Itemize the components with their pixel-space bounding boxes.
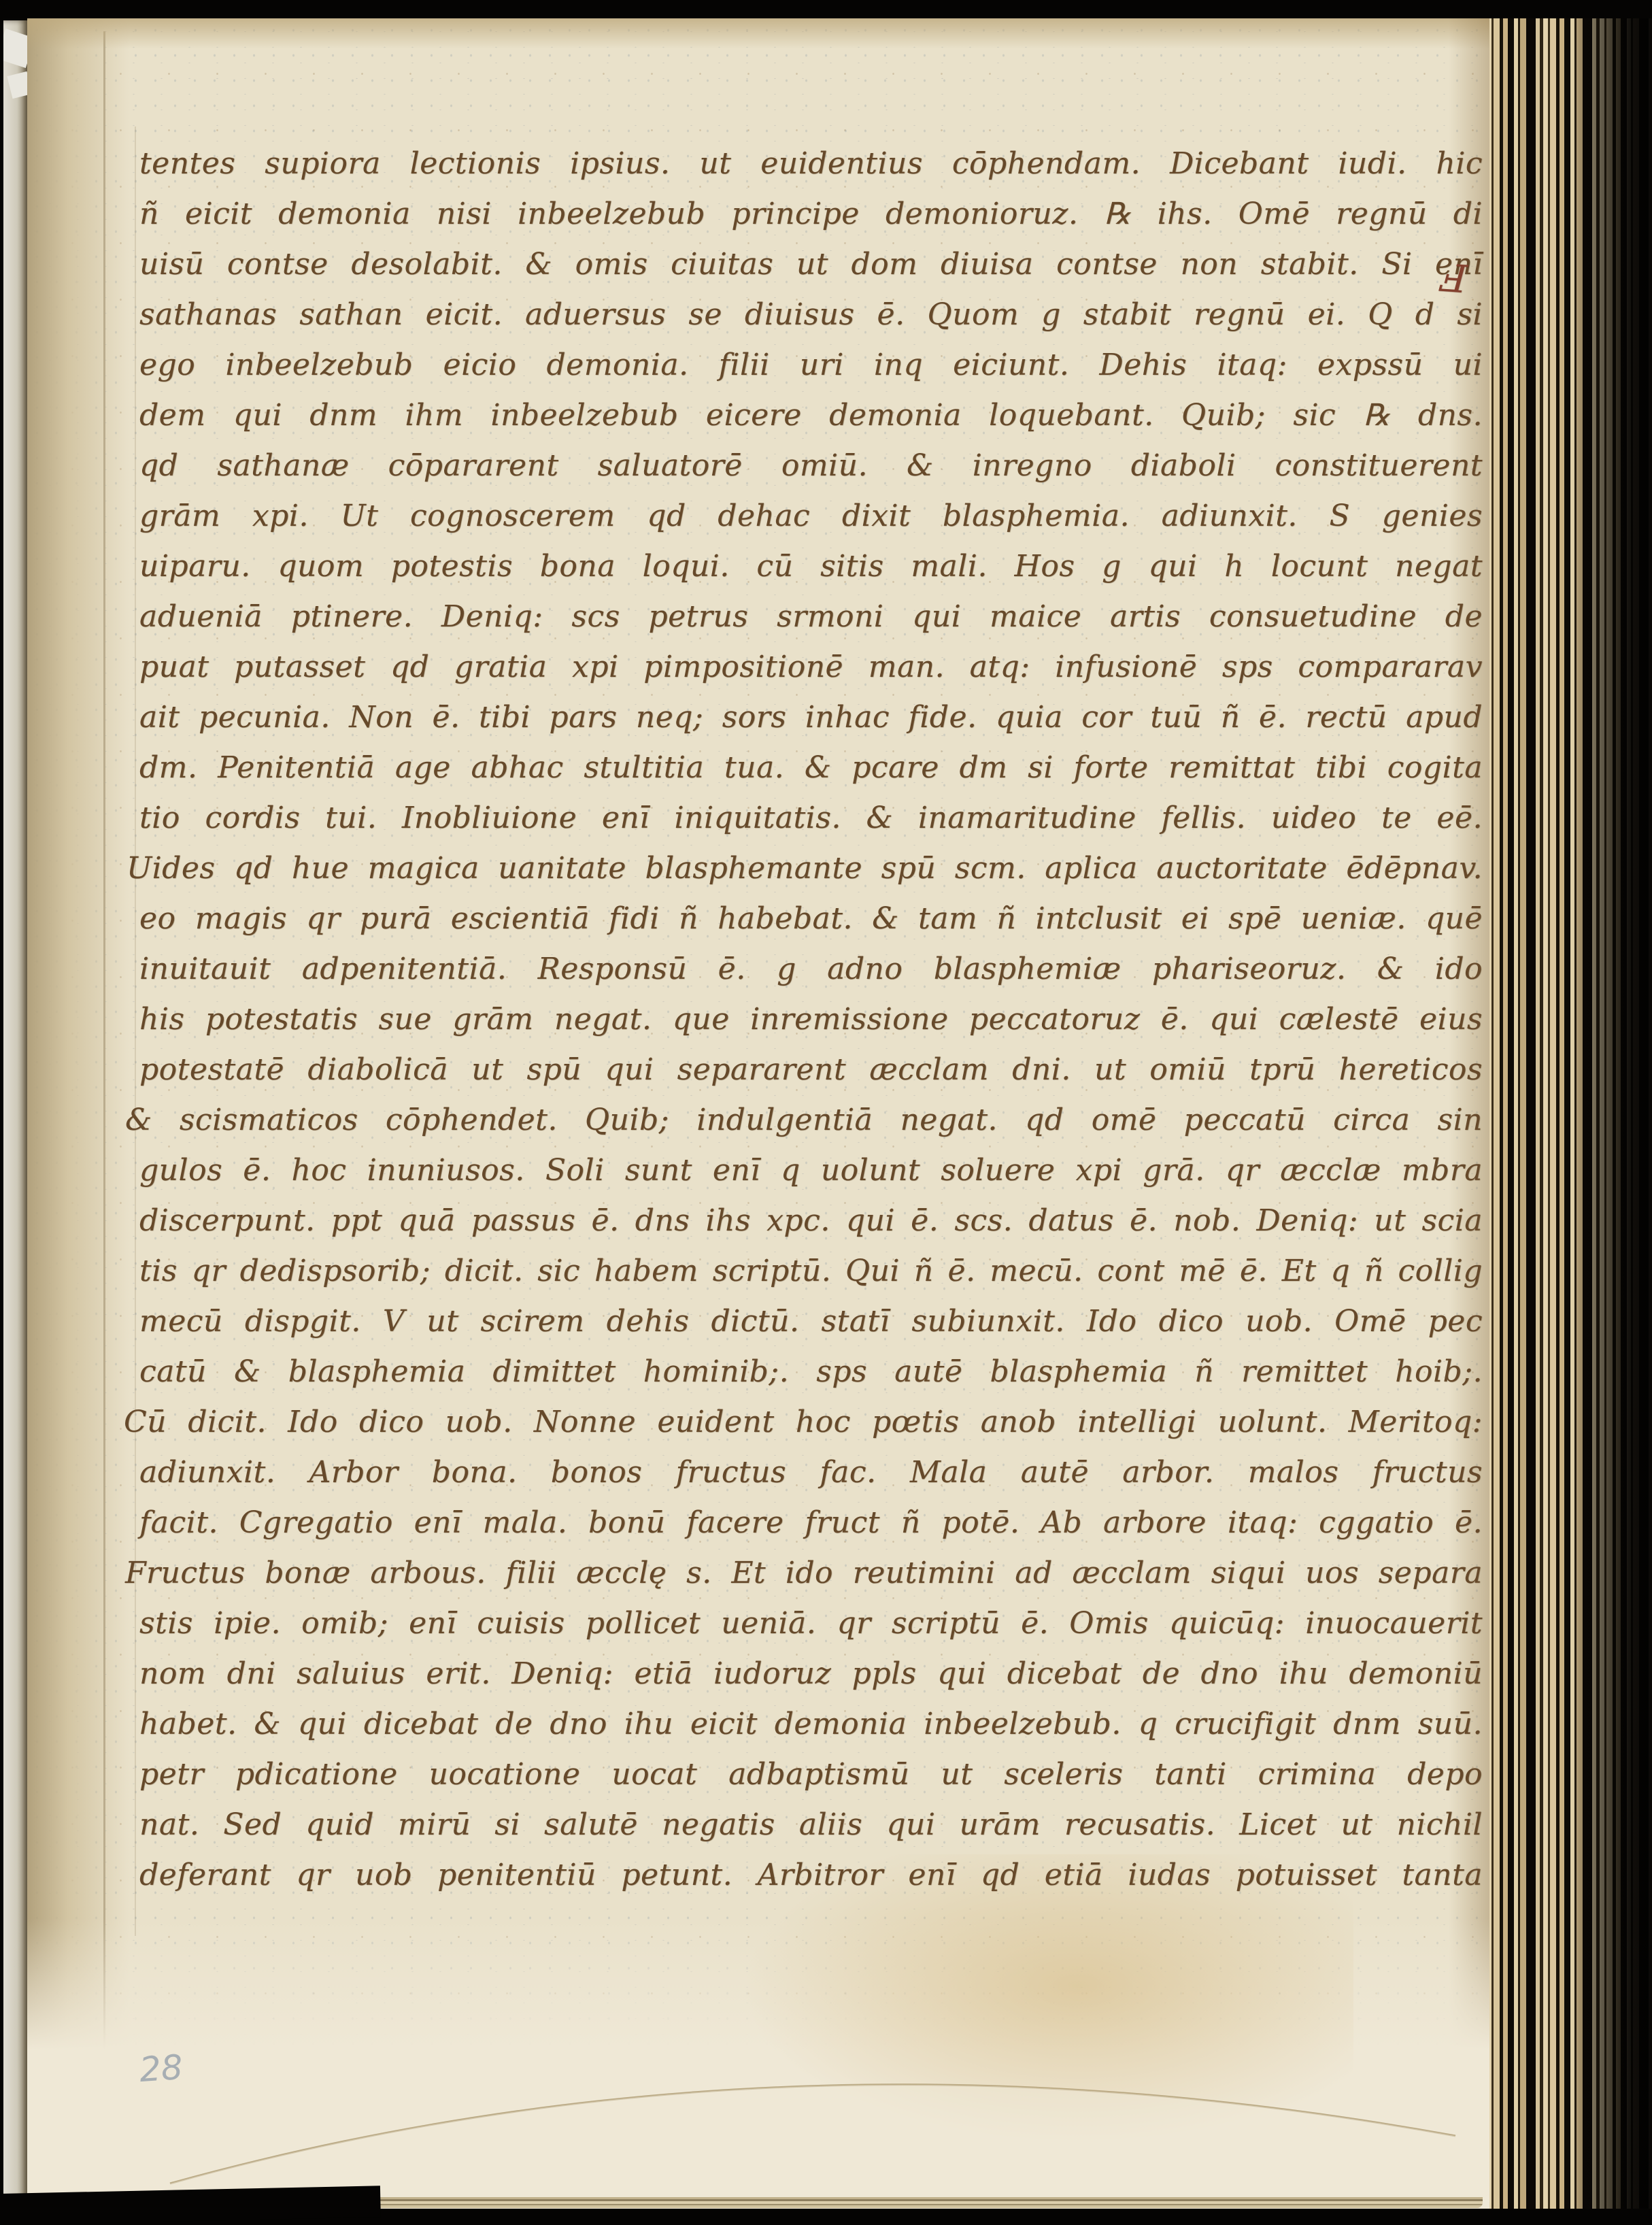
manuscript-line: deferant qr uob penitentiū petunt. Arbit… <box>139 1854 1483 1902</box>
manuscript-line: ego inbeelzebub eicio demonia. filii uri… <box>139 344 1483 392</box>
manuscript-line: adiunxit. Arbor bona. bonos fructus fac.… <box>139 1452 1483 1499</box>
manuscript-line: grām xpi. Ut cognoscerem qd dehac dixit … <box>139 495 1483 543</box>
manuscript-line: tentes supiora lectionis ipsius. ut euid… <box>139 143 1483 190</box>
manuscript-line: nom dni saluius erit. Deniq: etiā iudoru… <box>139 1653 1483 1701</box>
manuscript-line: mecū dispgit. V ut scirem dehis dictū. s… <box>139 1301 1483 1348</box>
manuscript-line: his potestatis sue grām negat. que inrem… <box>139 999 1483 1046</box>
manuscript-line: adueniā ptinere. Deniq: scs petrus srmon… <box>139 596 1483 643</box>
manuscript-line: uiparu. quom potestis bona loqui. cū sit… <box>139 546 1483 593</box>
manuscript-line: potestatē diabolicā ut spū qui separaren… <box>139 1049 1483 1097</box>
manuscript-line: puat putasset qd gratia xpi pimpositionē… <box>139 646 1483 694</box>
manuscript-line: ñ eicit demonia nisi inbeelzebub princip… <box>139 193 1483 241</box>
manuscript-line: uisū contse desolabit. & omis ciuitas ut… <box>139 244 1483 291</box>
manuscript-line: qd sathanæ cōpararent saluatorē omiū. & … <box>139 445 1483 492</box>
manuscript-line: & scismaticos cōphendet. Quib; indulgent… <box>125 1099 1483 1147</box>
manuscript-line: nat. Sed quid mirū si salutē negatis ali… <box>139 1804 1483 1852</box>
manuscript-line: petr pdicatione uocatione uocat adbaptis… <box>139 1754 1483 1801</box>
manuscript-line: dm. Penitentiā age abhac stultitia tua. … <box>139 747 1483 794</box>
manuscript-line: gulos ē. hoc inuniusos. Soli sunt enī q … <box>139 1150 1483 1197</box>
manuscript-line: Uides qd hue magica uanitate blasphemant… <box>127 848 1483 895</box>
manuscript-line: Fructus bonæ arbous. filii æcclę s. Et i… <box>125 1552 1483 1600</box>
manuscript-photo: tentes supiora lectionis ipsius. ut euid… <box>0 0 1652 2225</box>
manuscript-line: ait pecunia. Non ē. tibi pars neq; sors … <box>139 697 1483 744</box>
manuscript-line: eo magis qr purā escientiā fidi ñ habeba… <box>139 898 1483 946</box>
manuscript-line: dem qui dnm ihm inbeelzebub eicere demon… <box>139 395 1483 442</box>
manuscript-line: inuitauit adpenitentiā. Responsū ē. g ad… <box>139 948 1483 996</box>
manuscript-line: facit. Cgregatio enī mala. bonū facere f… <box>139 1502 1483 1550</box>
manuscript-line: habet. & qui dicebat de dno ihu eicit de… <box>139 1703 1483 1751</box>
text-block: tentes supiora lectionis ipsius. ut euid… <box>0 0 1652 2225</box>
manuscript-line: catū & blasphemia dimittet hominib;. sps… <box>139 1351 1483 1399</box>
manuscript-line: tis qr dedispsorib; dicit. sic habem scr… <box>139 1250 1483 1298</box>
manuscript-line: Cū dicit. Ido dico uob. Nonne euident ho… <box>124 1401 1483 1449</box>
marginal-nota-mark: Ⅎ <box>1439 256 1468 303</box>
photo-border-left <box>0 0 3 2225</box>
page-number-pencil: 28 <box>138 2047 184 2090</box>
manuscript-line: tio cordis tui. Inobliuione enī iniquita… <box>139 797 1483 845</box>
manuscript-line: stis ipie. omib; enī cuisis pollicet uen… <box>139 1603 1483 1650</box>
photo-border-top <box>0 0 1652 18</box>
manuscript-line: discerpunt. ppt quā passus ē. dns ihs xp… <box>139 1200 1483 1248</box>
manuscript-line: sathanas sathan eicit. aduersus se diuis… <box>139 294 1483 341</box>
